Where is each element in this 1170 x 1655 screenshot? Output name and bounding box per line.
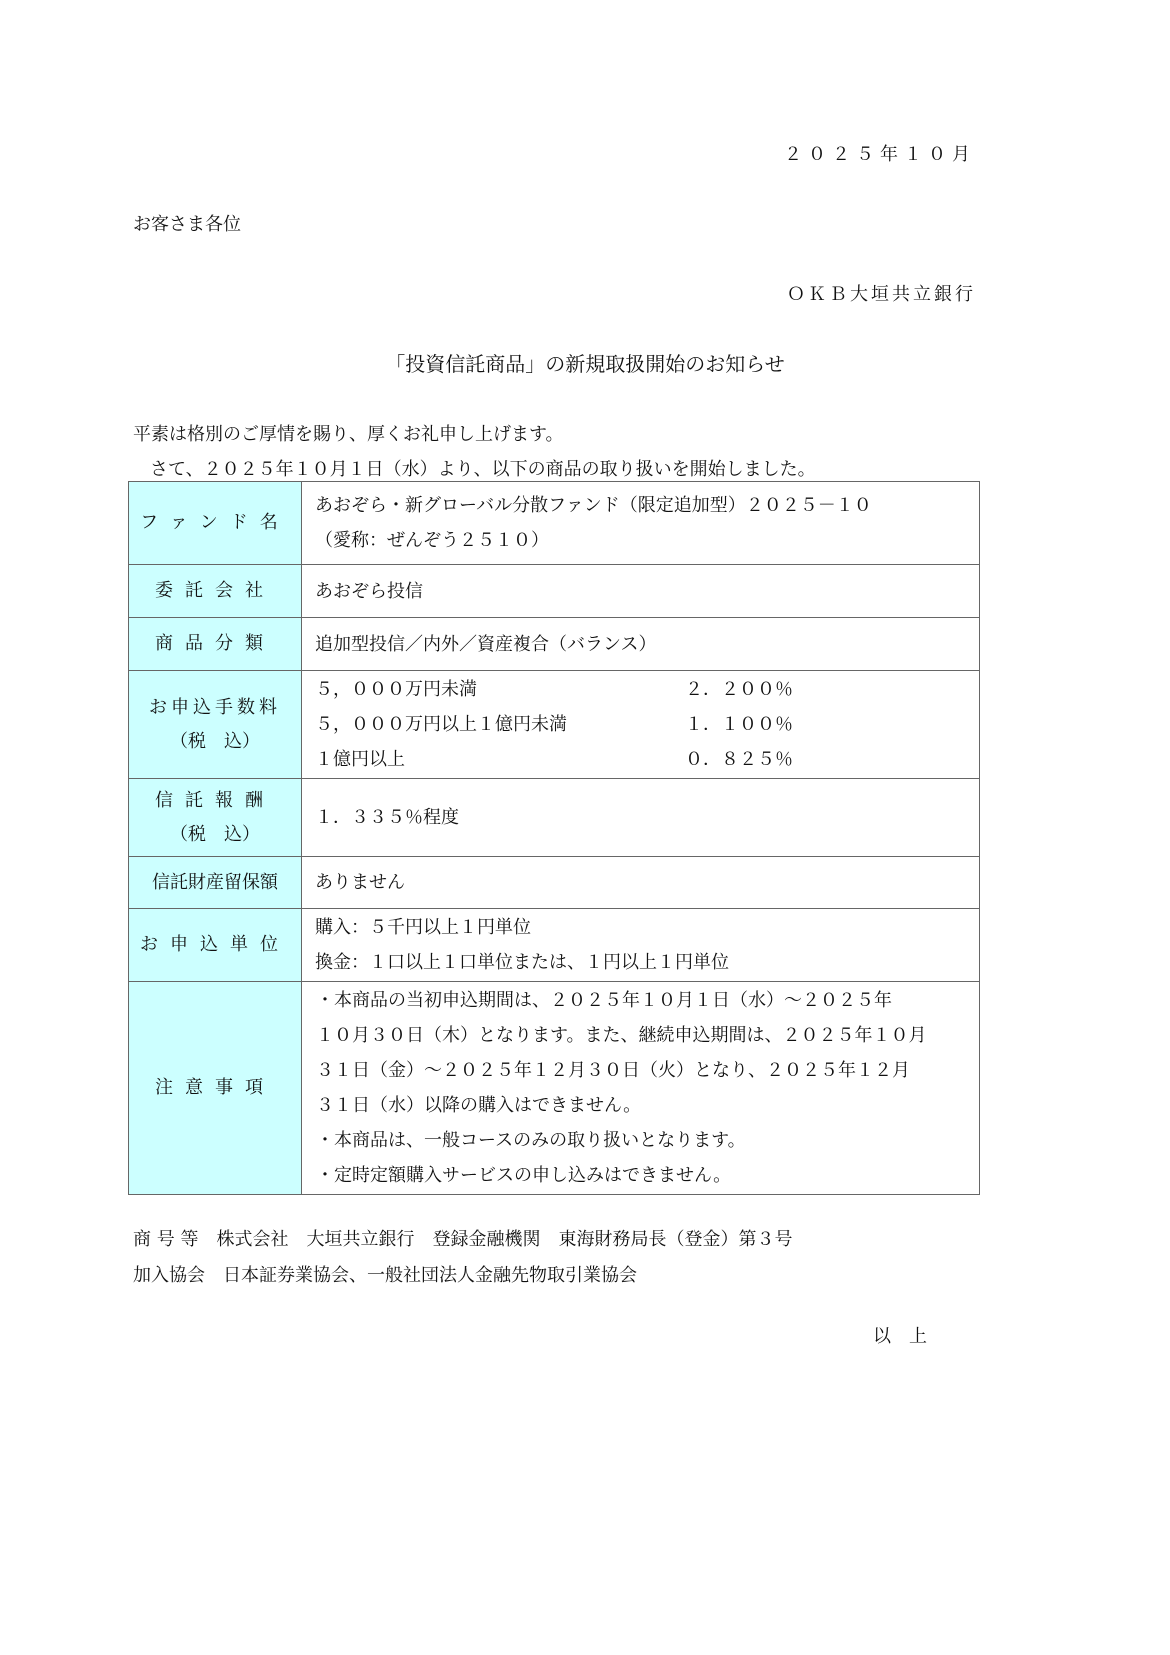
value-fund-name: あおぞら・新グローバル分散ファンド（限定追加型）２０２５－１０ （愛称：ぜんぞう… [302,482,980,565]
row-trustee: 委託会社 あおぞら投信 [129,565,980,618]
note-line: ３１日（金）～２０２５年１２月３０日（火）となり、２０２５年１２月 [316,1053,978,1088]
value-fee: ５，０００万円未満２．２００％ ５，０００万円以上１億円未満１．１００％ １億円… [302,671,980,779]
row-fund-name: ファンド名 あおぞら・新グローバル分散ファンド（限定追加型）２０２５－１０ （愛… [129,482,980,565]
value-trust-fee: １．３３５％程度 [302,779,980,857]
value-reserve: ありません [302,857,980,909]
value-category: 追加型投信／内外／資産複合（バランス） [302,618,980,671]
value-trustee: あおぞら投信 [302,565,980,618]
fund-name: あおぞら・新グローバル分散ファンド（限定追加型）２０２５－１０ [315,488,978,523]
label-fund-name: ファンド名 [129,482,302,565]
recipient: お客さま各位 [133,210,241,236]
row-category: 商品分類 追加型投信／内外／資産複合（バランス） [129,618,980,671]
fund-nickname: （愛称：ぜんぞう２５１０） [315,523,978,558]
association-info: 加入協会 日本証券業協会、一般社団法人金融先物取引業協会 [133,1261,637,1287]
closing-mark: 以上 [873,1322,945,1348]
fee-tier: ５，０００万円以上１億円未満１．１００％ [315,707,978,742]
value-notes: ・本商品の当初申込期間は、２０２５年１０月１日（水）～２０２５年 １０月３０日（… [302,982,980,1195]
greeting-line: 平素は格別のご厚情を賜り、厚くお礼申し上げます。 [133,420,564,446]
note-line: １０月３０日（木）となります。また、継続申込期間は、２０２５年１０月 [316,1018,978,1053]
note-line: ・本商品の当初申込期間は、２０２５年１０月１日（水）～２０２５年 [316,983,978,1018]
label-trust-fee: 信託報酬 （税 込） [129,779,302,857]
page-title: 「投資信託商品」の新規取扱開始のお知らせ [0,348,1170,377]
row-fee: お申込手数料 （税 込） ５，０００万円未満２．２００％ ５，０００万円以上１億… [129,671,980,779]
fee-tier: ５，０００万円未満２．２００％ [315,672,978,707]
company-info: 商 号 等 株式会社 大垣共立銀行 登録金融機関 東海財務局長（登金）第３号 [133,1225,792,1251]
sender-bank: ＯＫＢ大垣共立銀行 [787,280,976,306]
note-line: ・本商品は、一般コースのみの取り扱いとなります。 [316,1123,978,1158]
label-fee: お申込手数料 （税 込） [129,671,302,779]
announcement-line: さて、２０２５年１０月１日（水）より、以下の商品の取り扱いを開始しました。 [150,455,816,481]
note-line: ・定時定額購入サービスの申し込みはできません。 [316,1158,978,1193]
label-trustee: 委託会社 [129,565,302,618]
row-reserve: 信託財産留保額 ありません [129,857,980,909]
label-category: 商品分類 [129,618,302,671]
label-unit: お申込単位 [129,909,302,982]
row-trust-fee: 信託報酬 （税 込） １．３３５％程度 [129,779,980,857]
fund-info-table: ファンド名 あおぞら・新グローバル分散ファンド（限定追加型）２０２５－１０ （愛… [128,481,980,1195]
row-notes: 注意事項 ・本商品の当初申込期間は、２０２５年１０月１日（水）～２０２５年 １０… [129,982,980,1195]
fee-tier: １億円以上０．８２５％ [315,742,978,777]
label-notes: 注意事項 [129,982,302,1195]
document-date: ２０２５年１０月 [784,140,976,166]
label-reserve: 信託財産留保額 [129,857,302,909]
row-unit: お申込単位 購入：５千円以上１円単位 換金：１口以上１口単位または、１円以上１円… [129,909,980,982]
value-unit: 購入：５千円以上１円単位 換金：１口以上１口単位または、１円以上１円単位 [302,909,980,982]
note-line: ３１日（水）以降の購入はできません。 [316,1088,978,1123]
